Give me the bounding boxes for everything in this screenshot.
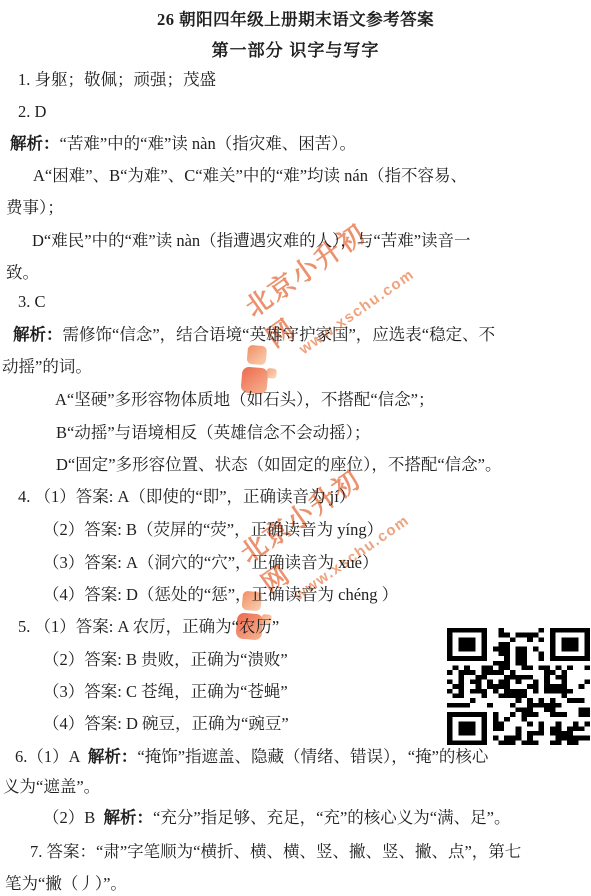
section-heading: 第一部分 识字与写字 <box>0 36 591 61</box>
answer-line-text: A“困难”、B“为难”、C“难关”中的“难”均读 nán（指不容易、 <box>33 166 467 185</box>
answer-line-text: 1. 身躯；敬佩；顽强；茂盛 <box>18 70 216 89</box>
answer-line-text: “苦难”中的“难”读 nàn（指灾难、困苦）。 <box>60 134 357 153</box>
answer-line-text: 5. （1）答案: A 农厉，正确为“农历” <box>18 617 279 636</box>
answer-line: D“难民”中的“难”读 nàn（指遭遇灾难的人），与“苦难”读音一 <box>32 231 471 251</box>
answer-line-text: D“难民”中的“难”读 nàn（指遭遇灾难的人），与“苦难”读音一 <box>32 231 471 250</box>
watermark-site-url: www.xschu.com <box>280 261 425 370</box>
answer-line: A“坚硬”多形容物体质地（如石头），不搭配“信念”； <box>55 390 434 410</box>
answer-line-text: 6.（1）A <box>15 747 88 766</box>
answer-line: （2）答案: B（荧屏的“荧”，正确读音为 yíng） <box>43 520 383 540</box>
answer-line-text: 3. C <box>18 292 46 311</box>
answer-line: 解析：“苦难”中的“难”读 nàn（指灾难、困苦）。 <box>10 134 356 154</box>
answer-line-text: （2）B <box>43 808 104 827</box>
answer-line: 费事）； <box>6 198 64 218</box>
answer-line: 5. （1）答案: A 农厉，正确为“农历” <box>18 617 279 637</box>
answer-line: （3）答案: C 苍绳，正确为“苍蝇” <box>43 682 288 702</box>
answer-line-text: 义为“遮盖”。 <box>3 777 100 796</box>
qr-code <box>447 628 590 745</box>
answer-line-text: A“坚硬”多形容物体质地（如石头），不搭配“信念”； <box>55 390 434 409</box>
document-page: 26 朝阳四年级上册期末语文参考答案 第一部分 识字与写字 1. 身躯；敬佩；顽… <box>0 0 591 896</box>
answer-line-text: （3）答案: C 苍绳，正确为“苍蝇” <box>43 682 288 701</box>
answer-line: B“动摇”与语境相反（英雄信念不会动摇）； <box>56 423 370 443</box>
answer-line: 7. 答案：“肃”字笔顺为“横折、横、横、竖、撇、竖、撇、点”，第七 <box>30 842 521 862</box>
answer-line-text: 4. （1）答案: A（即使的“即”，正确读音为 jí） <box>18 487 355 506</box>
answer-line-text: （2）答案: B 贵败，正确为“溃败” <box>43 650 288 669</box>
document-title: 26 朝阳四年级上册期末语文参考答案 <box>0 6 591 30</box>
answer-line: （2）答案: B 贵败，正确为“溃败” <box>43 650 288 670</box>
answer-line-text: 需修饰“信念”，结合语境“英雄守护家国”，应选表“稳定、不 <box>63 325 496 344</box>
answer-line: 致。 <box>6 263 39 283</box>
answer-line: （3）答案: A（洞穴的“穴”，正确读音为 xué） <box>43 553 378 573</box>
answer-line: 义为“遮盖”。 <box>3 777 100 797</box>
answer-line-text: （4）答案: D 碗豆，正确为“豌豆” <box>43 714 289 733</box>
answer-line-text: （3）答案: A（洞穴的“穴”，正确读音为 xué） <box>43 553 378 572</box>
answer-line-text: 致。 <box>6 263 39 282</box>
answer-line-text: 费事）； <box>6 198 64 217</box>
answer-line-text: B“动摇”与语境相反（英雄信念不会动摇）； <box>56 423 370 442</box>
answer-line-text: “掩饰”指遮盖、隐藏（情绪、错误），“掩”的核心 <box>137 747 488 766</box>
answer-line-text: “充分”指足够、充足，“充”的核心义为“满、足”。 <box>153 808 510 827</box>
answer-line-text: D“固定”多形容位置、状态（如固定的座位），不搭配“信念”。 <box>56 455 501 474</box>
answer-line: （4）答案: D 碗豆，正确为“豌豆” <box>43 714 289 734</box>
answer-line-label: 解析： <box>104 809 154 827</box>
answer-line: D“固定”多形容位置、状态（如固定的座位），不搭配“信念”。 <box>56 455 501 475</box>
answer-line-label: 解析： <box>13 326 63 344</box>
answer-line: （2）B 解析：“充分”指足够、充足，“充”的核心义为“满、足”。 <box>43 808 510 828</box>
answer-line-text: （4）答案: D（惩处的“惩”，正确读音为 chéng ） <box>43 585 398 604</box>
answer-line: 6.（1）A 解析：“掩饰”指遮盖、隐藏（情绪、错误），“掩”的核心 <box>15 747 488 767</box>
answer-line-text: 动摇”的词。 <box>2 357 92 376</box>
answer-line: 解析：需修饰“信念”，结合语境“英雄守护家国”，应选表“稳定、不 <box>13 325 495 345</box>
answer-line: 动摇”的词。 <box>2 357 92 377</box>
answer-line-text: （2）答案: B（荧屏的“荧”，正确读音为 yíng） <box>43 520 383 539</box>
answer-line: （4）答案: D（惩处的“惩”，正确读音为 chéng ） <box>43 585 398 605</box>
answer-line: 4. （1）答案: A（即使的“即”，正确读音为 jí） <box>18 487 355 507</box>
answer-line-label: 解析： <box>10 135 60 153</box>
answer-line-text: 7. 答案：“肃”字笔顺为“横折、横、横、竖、撇、竖、撇、点”，第七 <box>30 842 521 861</box>
answer-line-label: 解析： <box>88 748 138 766</box>
answer-line: 笔为“撇（丿）”。 <box>5 874 127 894</box>
answer-line-text: 2. D <box>18 102 46 121</box>
answer-line: 2. D <box>18 102 46 122</box>
answer-line: A“困难”、B“为难”、C“难关”中的“难”均读 nán（指不容易、 <box>33 166 467 186</box>
answer-line: 3. C <box>18 292 46 312</box>
answer-line: 1. 身躯；敬佩；顽强；茂盛 <box>18 70 216 90</box>
answer-line-text: 笔为“撇（丿）”。 <box>5 874 127 893</box>
